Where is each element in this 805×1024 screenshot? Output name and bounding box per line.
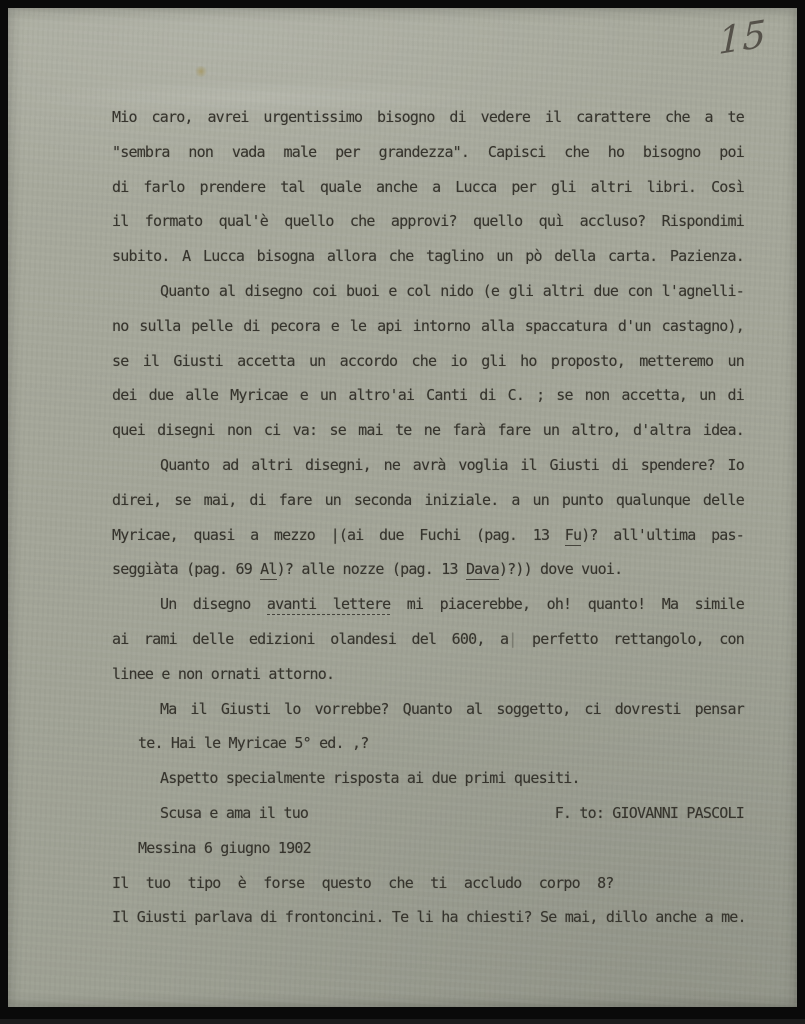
letter-line: quei disegni non ci va: se mai te ne far… [112, 413, 744, 448]
text-run: subito. A Lucca bisogna allora che tagli… [112, 247, 744, 265]
text-run: te. Hai le Myricae 5° ed. ,? [138, 734, 368, 752]
text-run: perfetto rettangolo, con [517, 630, 744, 648]
text-run: il formato qual'è quello che approvi? qu… [112, 212, 744, 230]
text-run: Quanto al disegno coi buoi e col nido (e… [160, 282, 744, 300]
text-run: )? all'ultima pas- [581, 526, 744, 544]
text-run: Al [260, 560, 276, 580]
letter-line: Quanto al disegno coi buoi e col nido (e… [112, 274, 744, 309]
letter-line: "sembra non vada male per grandezza". Ca… [112, 135, 744, 170]
letter-line: subito. A Lucca bisogna allora che tagli… [112, 239, 744, 274]
text-run: di farlo prendere tal quale anche a Lucc… [112, 178, 744, 196]
letter-line: di farlo prendere tal quale anche a Lucc… [112, 170, 744, 205]
scanned-page-background: 15 Mio caro, avrei urgentissimo bisogno … [0, 0, 805, 1024]
text-run: direi, se mai, di fare un seconda inizia… [112, 491, 744, 509]
letter-line: Il Giusti parlava di frontoncini. Te li … [112, 900, 744, 935]
text-run: Dava [466, 560, 499, 580]
text-run: Mio caro, avrei urgentissimo bisogno di … [112, 108, 744, 126]
letter-line: te. Hai le Myricae 5° ed. ,? [112, 726, 744, 761]
text-run: linee e non ornati attorno. [112, 665, 334, 683]
text-run: Aspetto specialmente risposta ai due pri… [160, 769, 580, 787]
closing-phrase: Scusa e ama il tuo [112, 796, 308, 831]
handwritten-page-number: 15 [718, 12, 767, 63]
letter-line: Mio caro, avrei urgentissimo bisogno di … [112, 100, 744, 135]
letter-line: Un disegno avanti lettere mi piacerebbe,… [112, 587, 744, 622]
letter-line: Scusa e ama il tuoF. to: GIOVANNI PASCOL… [112, 796, 744, 831]
letter-line: seggiàta (pag. 69 Al)? alle nozze (pag. … [112, 552, 744, 587]
letter-paper: 15 Mio caro, avrei urgentissimo bisogno … [8, 8, 797, 1007]
text-run: Fu [565, 526, 581, 546]
letter-line: se il Giusti accetta un accordo che io g… [112, 344, 744, 379]
paper-stain [194, 66, 208, 77]
text-run: dei due alle Myricae e un altro'ai Canti… [112, 386, 744, 404]
text-run: seggiàta (pag. 69 [112, 560, 260, 578]
text-run: quei disegni non ci va: se mai te ne far… [112, 421, 744, 439]
signature: F. to: GIOVANNI PASCOLI [555, 796, 744, 831]
letter-line: Myricae, quasi a mezzo |(ai due Fuchi (p… [112, 518, 744, 553]
text-run: "sembra non vada male per grandezza". Ca… [112, 143, 744, 161]
letter-line: linee e non ornati attorno. [112, 657, 744, 692]
text-run: mi piacerebbe, oh! quanto! Ma simile [390, 595, 744, 613]
text-run: Quanto ad altri disegni, ne avrà voglia … [160, 456, 744, 474]
text-run: no sulla pelle di pecora e le api intorn… [112, 317, 744, 335]
text-run: Ma il Giusti lo vorrebbe? Quanto al sogg… [160, 700, 744, 718]
letter-line: Aspetto specialmente risposta ai due pri… [112, 761, 744, 796]
letter-line: Il tuo tipo è forse questo che ti acclud… [112, 866, 744, 901]
text-run: Un disegno [160, 595, 267, 613]
letter-line: no sulla pelle di pecora e le api intorn… [112, 309, 744, 344]
letter-line: dei due alle Myricae e un altro'ai Canti… [112, 378, 744, 413]
letter-line: direi, se mai, di fare un seconda inizia… [112, 483, 744, 518]
text-run: Myricae, quasi a mezzo |(ai due Fuchi (p… [112, 526, 565, 544]
letter-line: il formato qual'è quello che approvi? qu… [112, 204, 744, 239]
letter-line: Quanto ad altri disegni, ne avrà voglia … [112, 448, 744, 483]
text-run: )? alle nozze (pag. 13 [277, 560, 466, 578]
letter-line: Messina 6 giugno 1902 [112, 831, 744, 866]
letter-line: ai rami delle edizioni olandesi del 600,… [112, 622, 744, 657]
text-run: | [508, 630, 516, 648]
letter-line: Ma il Giusti lo vorrebbe? Quanto al sogg… [112, 692, 744, 727]
text-run: Messina 6 giugno 1902 [138, 839, 311, 857]
typewritten-letter-body: Mio caro, avrei urgentissimo bisogno di … [112, 100, 744, 935]
text-run: Il tuo tipo è forse questo che ti acclud… [112, 874, 614, 892]
text-run: Il Giusti parlava di frontoncini. Te li … [112, 908, 746, 926]
text-run: ai rami delle edizioni olandesi del 600,… [112, 630, 508, 648]
text-run: se il Giusti accetta un accordo che io g… [112, 352, 744, 370]
text-run: avanti lettere [267, 595, 390, 615]
text-run: )?)) dove vuoi. [499, 560, 622, 578]
